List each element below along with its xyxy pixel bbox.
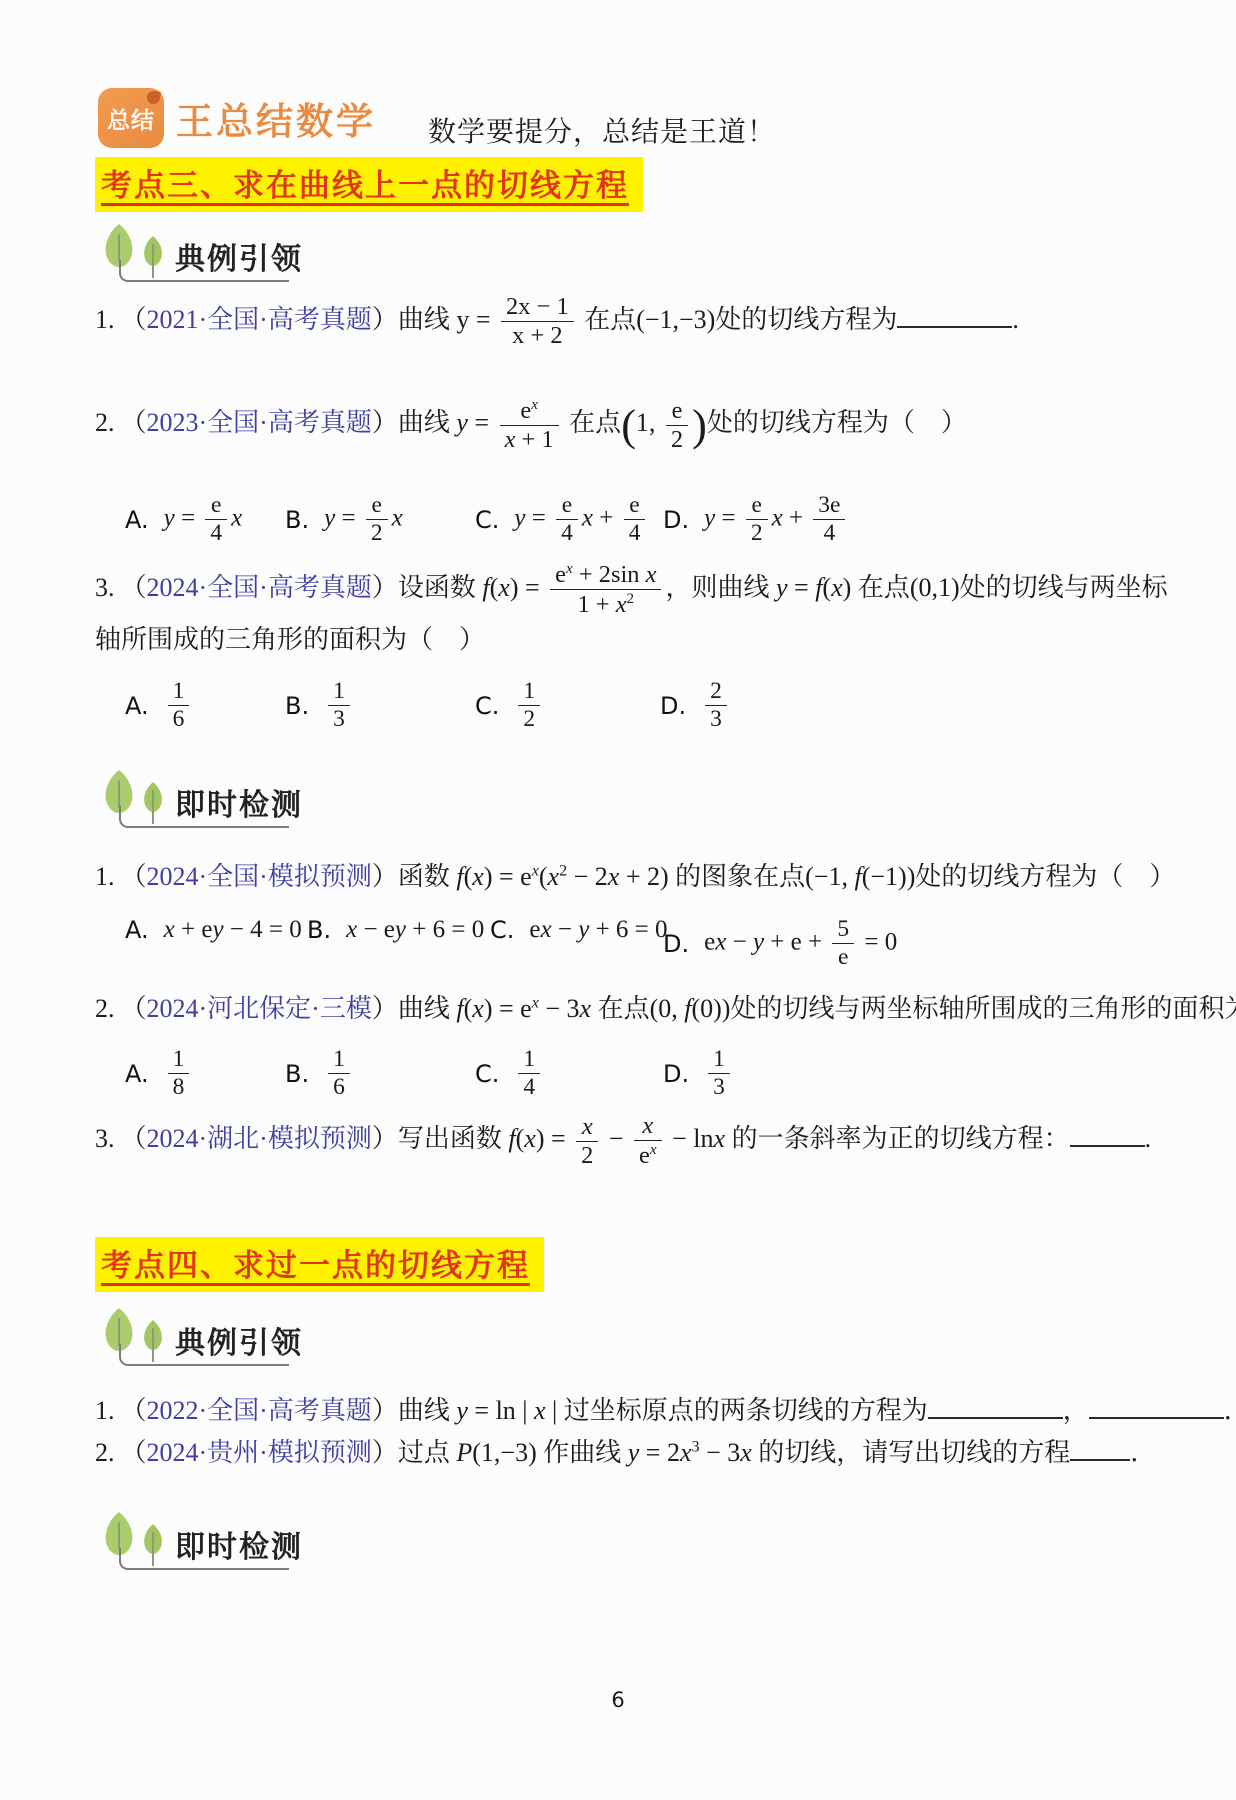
options-row: A.18 B.16 C.14 D.13 (95, 1046, 1195, 1110)
problem-number: 2. (95, 994, 115, 1023)
problem-row: 1.（2022·全国·高考真题）曲线 y = ln | x | 过坐标原点的两条… (95, 1390, 1235, 1433)
page-number: 6 (0, 1688, 1236, 1712)
option-label: B. (285, 506, 309, 534)
option-math: x + ey − 4 = 0 (164, 916, 302, 944)
option-label: B. (307, 916, 331, 944)
section-quiz-topic3: 即时检测 (95, 768, 435, 838)
problem-row: 2.（2024·贵州·模拟预测）过点 P(1,−3) 作曲线 y = 2x3 −… (95, 1432, 1235, 1475)
brand-logo: 总结 王总结数学 (98, 88, 376, 148)
option-d: D.y = e2x + 3e4 (663, 492, 849, 547)
option-d: D.23 (660, 678, 731, 733)
option-math: 12 (514, 678, 544, 733)
slogan: 数学要提分，总结是王道！ (428, 110, 776, 150)
options-row: A.16 B.13 C.12 D.23 (95, 678, 1195, 742)
option-b: B.13 (285, 678, 354, 733)
problem-text: （2024·全国·模拟预测）函数 f(x) = ex(x2 − 2x + 2) … (121, 862, 1176, 891)
topic3-title: 考点三、求在曲线上一点的切线方程 (95, 157, 643, 212)
option-math: 13 (324, 678, 354, 733)
option-b: B.16 (285, 1046, 354, 1101)
problem-number: 2. (95, 1438, 115, 1467)
option-a: A.18 (125, 1046, 193, 1101)
problem-row: 3.（2024·湖北·模拟预测）写出函数 f(x) = x2 − xex − l… (95, 1112, 1235, 1170)
option-c: C.12 (475, 678, 544, 733)
problem-number: 1. (95, 305, 115, 334)
option-label: D. (660, 692, 686, 720)
problem-number: 2. (95, 408, 115, 437)
topic4-title: 考点四、求过一点的切线方程 (95, 1237, 544, 1292)
section-title: 典例引领 (175, 234, 303, 278)
option-b: B.y = e2x (285, 492, 403, 547)
section-title: 典例引领 (175, 1318, 303, 1362)
brand-badge-text: 总结 (107, 102, 155, 135)
option-math: y = e4x (164, 492, 243, 547)
option-label: D. (663, 506, 689, 534)
option-math: y = e4x + e4 (514, 492, 649, 547)
option-math: 18 (164, 1046, 194, 1101)
problem-text: （2024·全国·高考真题）设函数 f(x) = ex + 2sin x1 + … (95, 573, 1168, 655)
option-math: 23 (701, 678, 731, 733)
problem-number: 1. (95, 862, 115, 891)
problem-text: （2021·全国·高考真题）曲线 y = 2x − 1x + 2 在点(−1,−… (121, 305, 1019, 334)
section-examples-topic4: 典例引领 (95, 1306, 435, 1376)
problem-row: 2.（2024·河北保定·三模）曲线 f(x) = ex − 3x 在点(0, … (95, 988, 1235, 1031)
problem-text: （2023·全国·高考真题）曲线 y = exx + 1 在点(1, e2)处的… (121, 408, 967, 437)
option-label: C. (475, 692, 499, 720)
option-math: 16 (324, 1046, 354, 1101)
option-c: C.14 (475, 1046, 544, 1101)
option-math: 13 (704, 1046, 734, 1101)
option-b: B.x − ey + 6 = 0 (307, 916, 484, 944)
option-label: C. (475, 1060, 499, 1088)
problem-text: （2024·河北保定·三模）曲线 f(x) = ex − 3x 在点(0, f(… (121, 994, 1236, 1023)
option-math: 16 (164, 678, 194, 733)
option-c: C.ex − y + 6 = 0 (490, 916, 668, 944)
problem-row: 3.（2024·全国·高考真题）设函数 f(x) = ex + 2sin x1 … (95, 560, 1180, 662)
option-c: C.y = e4x + e4 (475, 492, 649, 547)
problem-number: 3. (95, 1124, 115, 1153)
section-examples-topic3: 典例引领 (95, 222, 435, 292)
option-math: ex − y + 6 = 0 (529, 916, 667, 944)
option-label: A. (125, 506, 149, 534)
problem-number: 1. (95, 1396, 115, 1425)
problem-row: 2.（2023·全国·高考真题）曲线 y = exx + 1 在点(1, e2)… (95, 396, 1180, 454)
options-row: A.x + ey − 4 = 0 B.x − ey + 6 = 0 C.ex −… (95, 916, 1195, 980)
option-a: A.y = e4x (125, 492, 242, 547)
option-label: B. (285, 692, 309, 720)
option-label: C. (490, 916, 514, 944)
option-label: A. (125, 692, 149, 720)
option-label: C. (475, 506, 499, 534)
worksheet-page: 总结 王总结数学 数学要提分，总结是王道！ 考点三、求在曲线上一点的切线方程 典… (0, 0, 1236, 1800)
option-d: D.ex − y + e + 5e = 0 (663, 916, 897, 971)
section-title: 即时检测 (175, 780, 303, 824)
problem-number: 3. (95, 573, 115, 602)
option-d: D.13 (663, 1046, 734, 1101)
option-a: A.16 (125, 678, 193, 733)
problem-text: （2024·贵州·模拟预测）过点 P(1,−3) 作曲线 y = 2x3 − 3… (121, 1438, 1157, 1467)
option-math: ex − y + e + 5e = 0 (704, 916, 897, 971)
option-label: D. (663, 1060, 689, 1088)
option-a: A.x + ey − 4 = 0 (125, 916, 302, 944)
problem-text: （2022·全国·高考真题）曲线 y = ln | x | 过坐标原点的两条切线… (121, 1396, 1236, 1425)
option-math: 14 (514, 1046, 544, 1101)
problem-text: （2024·湖北·模拟预测）写出函数 f(x) = x2 − xex − lnx… (121, 1124, 1152, 1153)
brand-badge-icon: 总结 (98, 88, 164, 148)
option-math: x − ey + 6 = 0 (346, 916, 484, 944)
problem-row: 1.（2021·全国·高考真题）曲线 y = 2x − 1x + 2 在点(−1… (95, 293, 1180, 350)
option-label: A. (125, 916, 149, 944)
brand-title: 王总结数学 (176, 91, 376, 145)
section-title: 即时检测 (175, 1522, 303, 1566)
problem-row: 1.（2024·全国·模拟预测）函数 f(x) = ex(x2 − 2x + 2… (95, 856, 1235, 899)
section-quiz-topic4: 即时检测 (95, 1510, 435, 1580)
options-row: A.y = e4x B.y = e2x C.y = e4x + e4 D.y =… (95, 492, 1195, 556)
option-label: A. (125, 1060, 149, 1088)
option-math: y = e2x + 3e4 (704, 492, 849, 547)
option-label: B. (285, 1060, 309, 1088)
option-math: y = e2x (324, 492, 403, 547)
option-label: D. (663, 930, 689, 958)
